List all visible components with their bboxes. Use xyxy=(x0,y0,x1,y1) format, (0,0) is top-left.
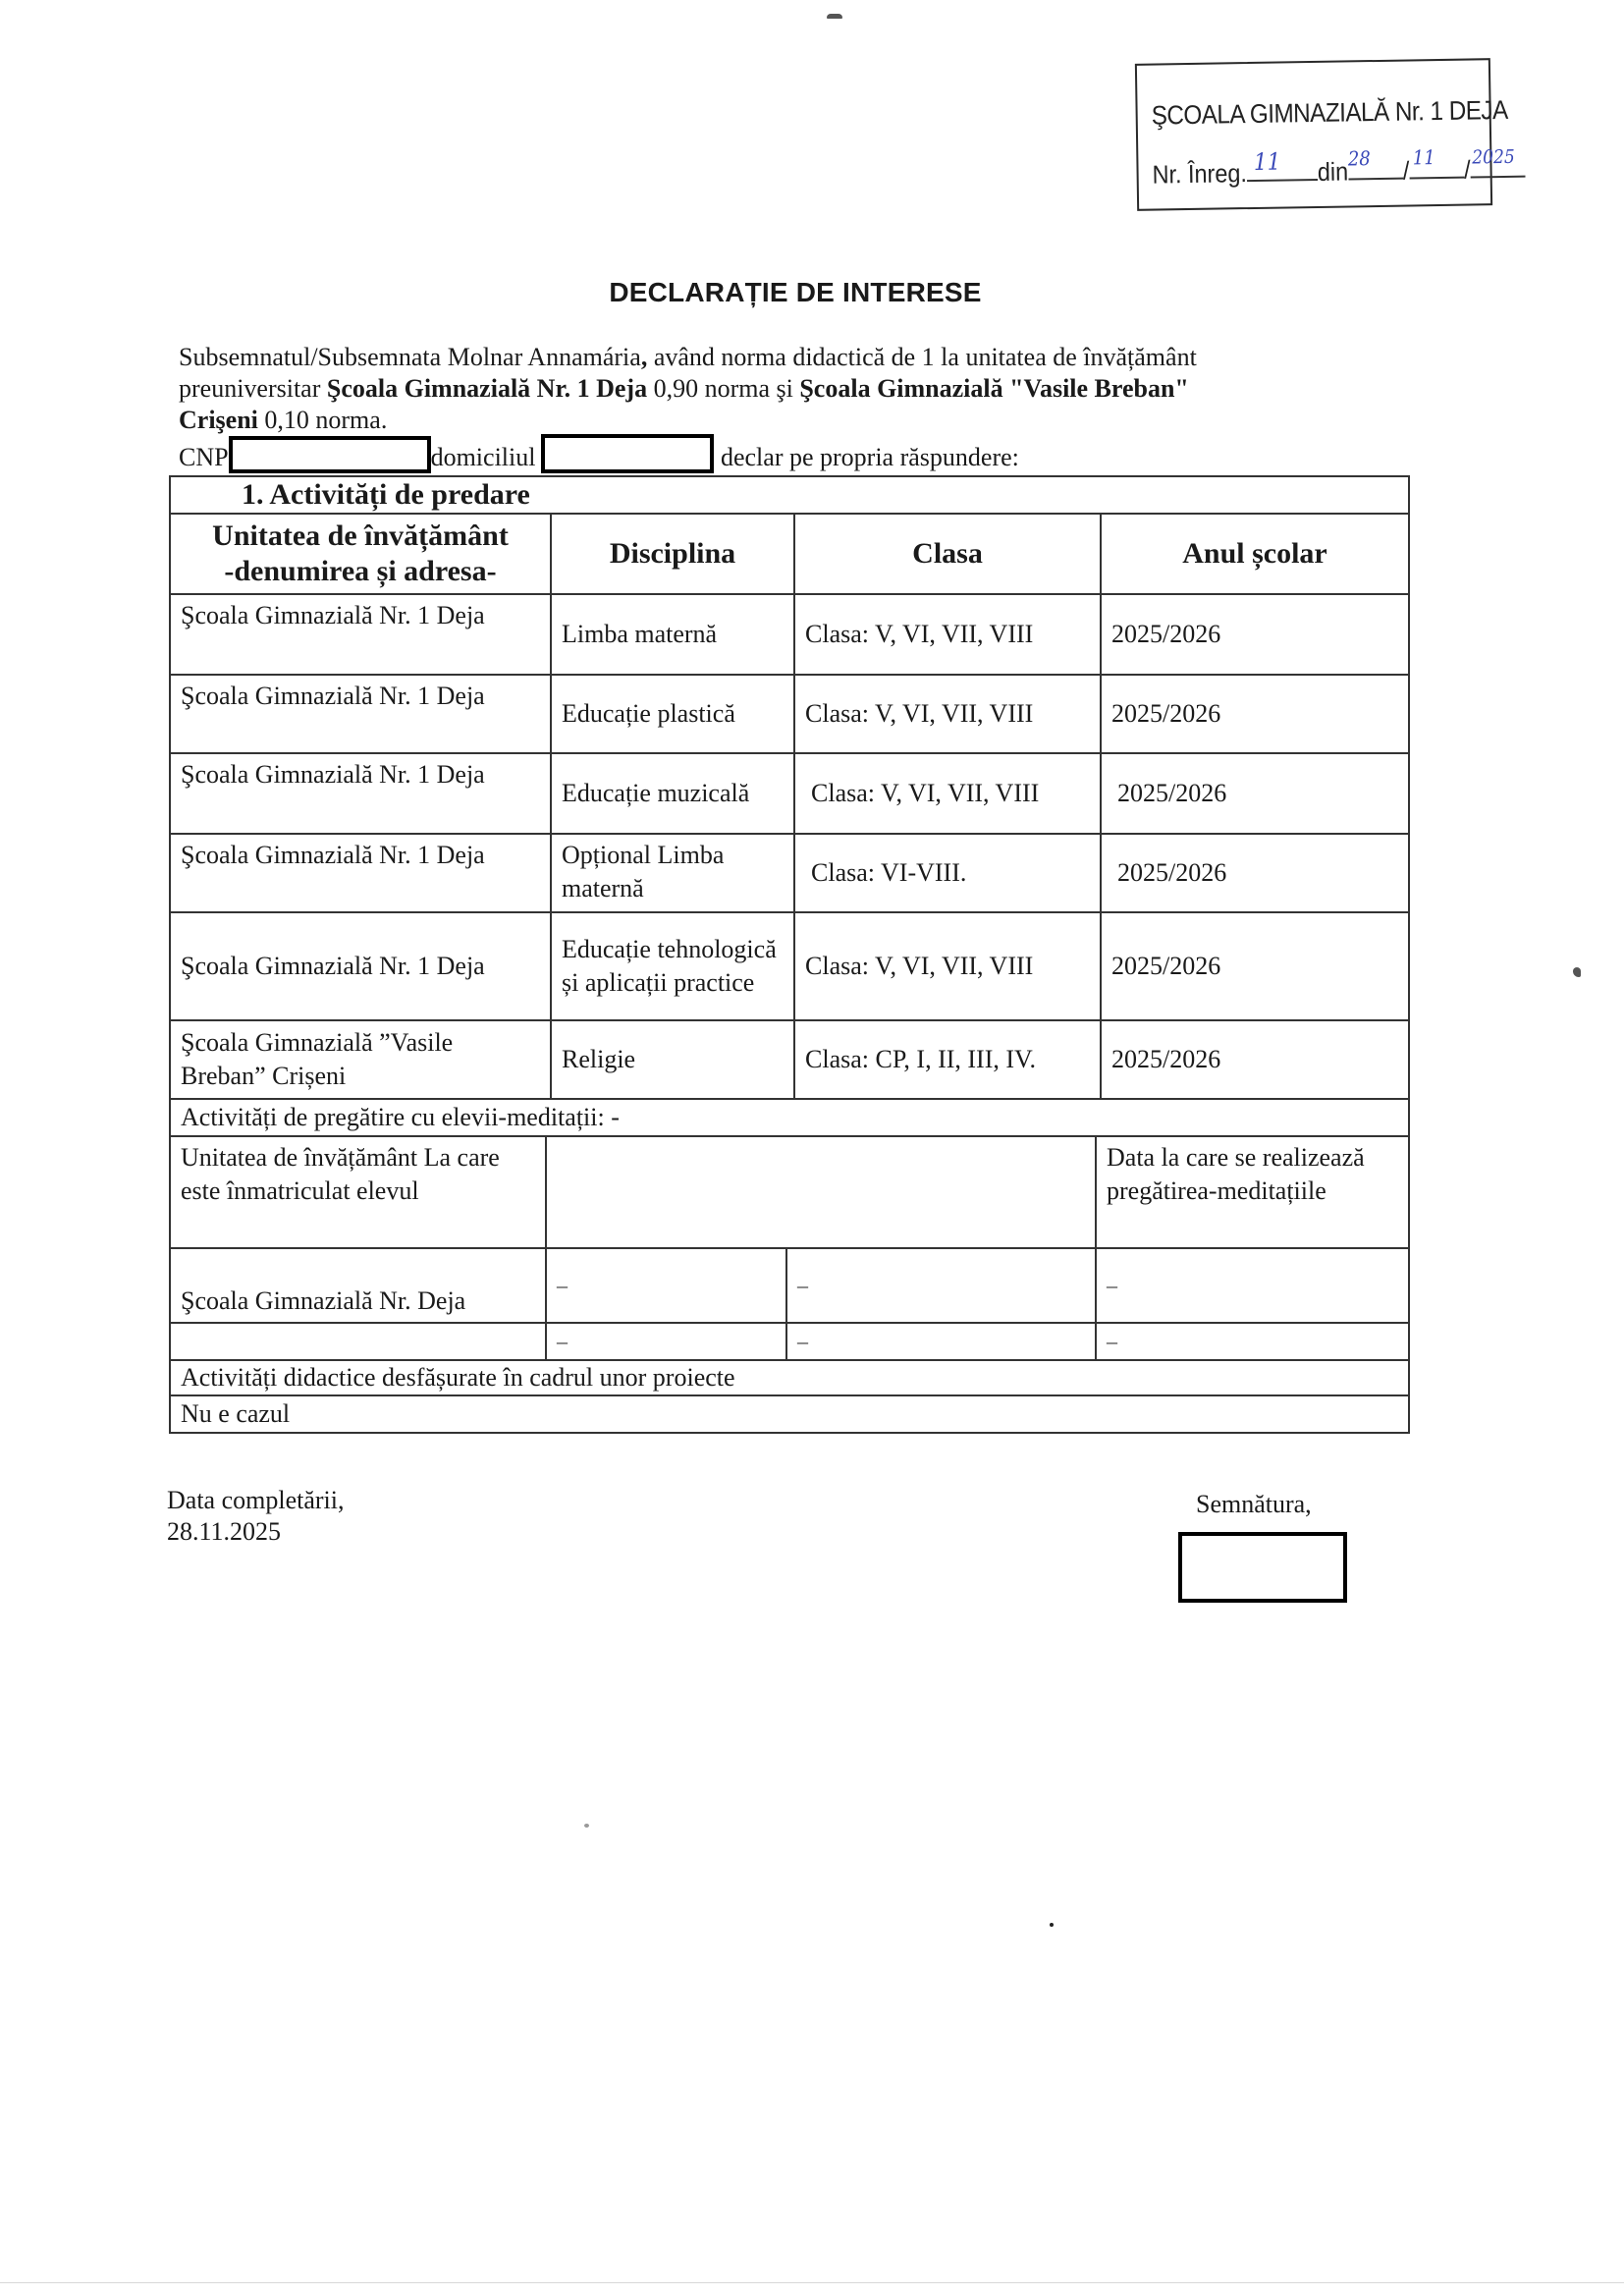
cell-class: Clasa: V, VI, VII, VIII xyxy=(795,754,1102,833)
header-unit: Unitatea de învățământ -denumirea și adr… xyxy=(171,515,552,593)
header-discipline: Disciplina xyxy=(552,515,795,593)
signature-label: Semnătura, xyxy=(1196,1490,1312,1519)
meditation-header-row: Unitatea de învățământ La care este înma… xyxy=(171,1137,1408,1249)
stamp-year-field: 2025 xyxy=(1470,150,1525,179)
stamp-registration-line: Nr. Înreg.11din28/11/2025 xyxy=(1152,150,1525,191)
cell-unit: Şcoala Gimnazială Nr. 1 Deja xyxy=(171,676,552,752)
header-class: Clasa xyxy=(795,515,1102,593)
meditation-cell-2: – xyxy=(547,1249,787,1322)
cnp-label: CNP xyxy=(179,443,229,471)
cell-unit: Şcoala Gimnazială Nr. 1 Deja xyxy=(171,835,552,911)
meditation-header-unit: Unitatea de învățământ La care este înma… xyxy=(171,1137,547,1247)
table-row: Şcoala Gimnazială ”Vasile Breban” Crișen… xyxy=(171,1021,1408,1100)
meditation-header-middle xyxy=(547,1137,1097,1247)
cell-discipline: Limba maternă xyxy=(552,595,795,674)
stamp-day-field: 28 xyxy=(1348,152,1403,181)
cell-class: Clasa: VI-VIII. xyxy=(795,835,1102,911)
meditation-cell-unit: Şcoala Gimnazială Nr. Deja xyxy=(171,1249,547,1322)
document-title: DECLARAȚIE DE INTERESE xyxy=(0,277,1591,308)
intro-preuniversitar: preuniversitar xyxy=(179,374,327,403)
intro-line-1: Subsemnatul/Subsemnata Molnar Annamária,… xyxy=(179,342,1416,373)
completion-date-value: 28.11.2025 xyxy=(167,1516,344,1548)
intro-school-2: Şcoala Gimnazială "Vasile Breban" xyxy=(799,374,1189,403)
interests-table: 1. Activități de predare Unitatea de înv… xyxy=(169,475,1410,1434)
meditation-row: – – – xyxy=(171,1324,1408,1361)
table-row: Şcoala Gimnazială Nr. 1 Deja Educație pl… xyxy=(171,676,1408,754)
stamp-month-field: 11 xyxy=(1409,151,1464,180)
table-header-row: Unitatea de învățământ -denumirea și adr… xyxy=(171,515,1408,595)
cell-class: Clasa: V, VI, VII, VIII xyxy=(795,913,1102,1019)
cnp-redacted-box xyxy=(229,436,431,473)
section-1-title: 1. Activități de predare xyxy=(171,477,1408,513)
cell-discipline: Educație muzicală xyxy=(552,754,795,833)
meditation-title: Activități de pregătire cu elevii-medita… xyxy=(171,1100,1408,1135)
projects-title: Activități didactice desfășurate în cadr… xyxy=(171,1361,1408,1394)
declaration-statement: declar pe propria răspundere: xyxy=(714,443,1018,471)
scan-artifact xyxy=(1573,967,1581,977)
stamp-reg-label: Nr. Înreg. xyxy=(1152,158,1247,190)
meditation-title-row: Activități de pregătire cu elevii-medita… xyxy=(171,1100,1408,1137)
cell-unit: Şcoala Gimnazială Nr. 1 Deja xyxy=(171,913,552,1019)
cell-discipline: Educație tehnologică și aplicații practi… xyxy=(552,913,795,1019)
cell-school-year: 2025/2026 xyxy=(1102,835,1408,911)
declaration-intro: Subsemnatul/Subsemnata Molnar Annamária,… xyxy=(179,342,1416,473)
stamp-din-label: din xyxy=(1318,156,1349,186)
cell-school-year: 2025/2026 xyxy=(1102,754,1408,833)
intro-line-2: preuniversitar Şcoala Gimnazială Nr. 1 D… xyxy=(179,373,1416,405)
meditation-header-date: Data la care se realizează pregătirea-me… xyxy=(1097,1137,1408,1247)
projects-title-row: Activități didactice desfășurate în cadr… xyxy=(171,1361,1408,1396)
cell-discipline: Religie xyxy=(552,1021,795,1098)
intro-norm-text: având norma didactică de 1 la unitatea d… xyxy=(647,343,1196,371)
header-unit-line-2: -denumirea și adresa- xyxy=(224,554,496,589)
completion-date-label: Data completării, xyxy=(167,1485,344,1516)
header-school-year: Anul școlar xyxy=(1102,515,1408,593)
intro-line-3: Crişeni 0,10 norma. xyxy=(179,405,1416,436)
intro-norm-2: 0,10 norma. xyxy=(258,406,387,434)
stamp-institution: ŞCOALA GIMNAZIALĂ Nr. 1 DEJA xyxy=(1151,95,1507,132)
section-1-title-row: 1. Activități de predare xyxy=(171,477,1408,515)
registration-stamp: ŞCOALA GIMNAZIALĂ Nr. 1 DEJA Nr. Înreg.1… xyxy=(1135,58,1492,211)
meditation-cell-unit xyxy=(171,1324,547,1359)
cell-unit: Şcoala Gimnazială Nr. 1 Deja xyxy=(171,595,552,674)
signature-redacted-box xyxy=(1178,1532,1347,1603)
meditation-cell-3: – xyxy=(787,1249,1097,1322)
meditation-cell-2: – xyxy=(547,1324,787,1359)
stamp-reg-number: 11 xyxy=(1254,148,1281,176)
intro-line-4: CNPdomiciliul declar pe propria răspunde… xyxy=(179,434,1416,473)
cell-unit: Şcoala Gimnazială Nr. 1 Deja xyxy=(171,754,552,833)
cell-unit: Şcoala Gimnazială ”Vasile Breban” Crișen… xyxy=(171,1021,552,1098)
scan-artifact xyxy=(584,1824,589,1828)
intro-norm-1: 0,90 norma şi xyxy=(647,374,799,403)
intro-school-2-locality: Crişeni xyxy=(179,406,258,434)
meditation-cell-3: – xyxy=(787,1324,1097,1359)
meditation-cell-4: – xyxy=(1097,1249,1408,1322)
domiciliu-label: domiciliul xyxy=(431,443,536,471)
stamp-day: 28 xyxy=(1348,146,1371,170)
scan-artifact xyxy=(827,14,842,19)
cell-class: Clasa: V, VI, VII, VIII xyxy=(795,676,1102,752)
scan-artifact xyxy=(1050,1923,1054,1927)
cell-discipline: Opțional Limba maternă xyxy=(552,835,795,911)
table-row: Şcoala Gimnazială Nr. 1 Deja Educație mu… xyxy=(171,754,1408,835)
cell-school-year: 2025/2026 xyxy=(1102,913,1408,1019)
stamp-year: 2025 xyxy=(1472,146,1515,169)
cell-class: Clasa: CP, I, II, III, IV. xyxy=(795,1021,1102,1098)
projects-value-row: Nu e cazul xyxy=(171,1396,1408,1432)
meditation-row: Şcoala Gimnazială Nr. Deja – – – xyxy=(171,1249,1408,1324)
table-row: Şcoala Gimnazială Nr. 1 Deja Limba mater… xyxy=(171,595,1408,676)
header-unit-line-1: Unitatea de învățământ xyxy=(212,519,509,554)
table-row: Şcoala Gimnazială Nr. 1 Deja Educație te… xyxy=(171,913,1408,1021)
stamp-reg-number-field: 11 xyxy=(1247,153,1318,182)
table-row: Şcoala Gimnazială Nr. 1 Deja Opțional Li… xyxy=(171,835,1408,913)
scan-edge-line xyxy=(0,2282,1624,2283)
meditation-cell-4: – xyxy=(1097,1324,1408,1359)
domiciliu-redacted-box xyxy=(541,434,714,473)
projects-value: Nu e cazul xyxy=(171,1396,1408,1432)
cell-class: Clasa: V, VI, VII, VIII xyxy=(795,595,1102,674)
cell-school-year: 2025/2026 xyxy=(1102,1021,1408,1098)
cell-discipline: Educație plastică xyxy=(552,676,795,752)
stamp-month: 11 xyxy=(1413,145,1435,169)
cell-school-year: 2025/2026 xyxy=(1102,676,1408,752)
intro-school-1: Şcoala Gimnazială Nr. 1 Deja xyxy=(327,374,647,403)
completion-date-block: Data completării, 28.11.2025 xyxy=(167,1485,344,1548)
intro-name-text: Subsemnatul/Subsemnata Molnar Annamária xyxy=(179,343,641,371)
cell-school-year: 2025/2026 xyxy=(1102,595,1408,674)
